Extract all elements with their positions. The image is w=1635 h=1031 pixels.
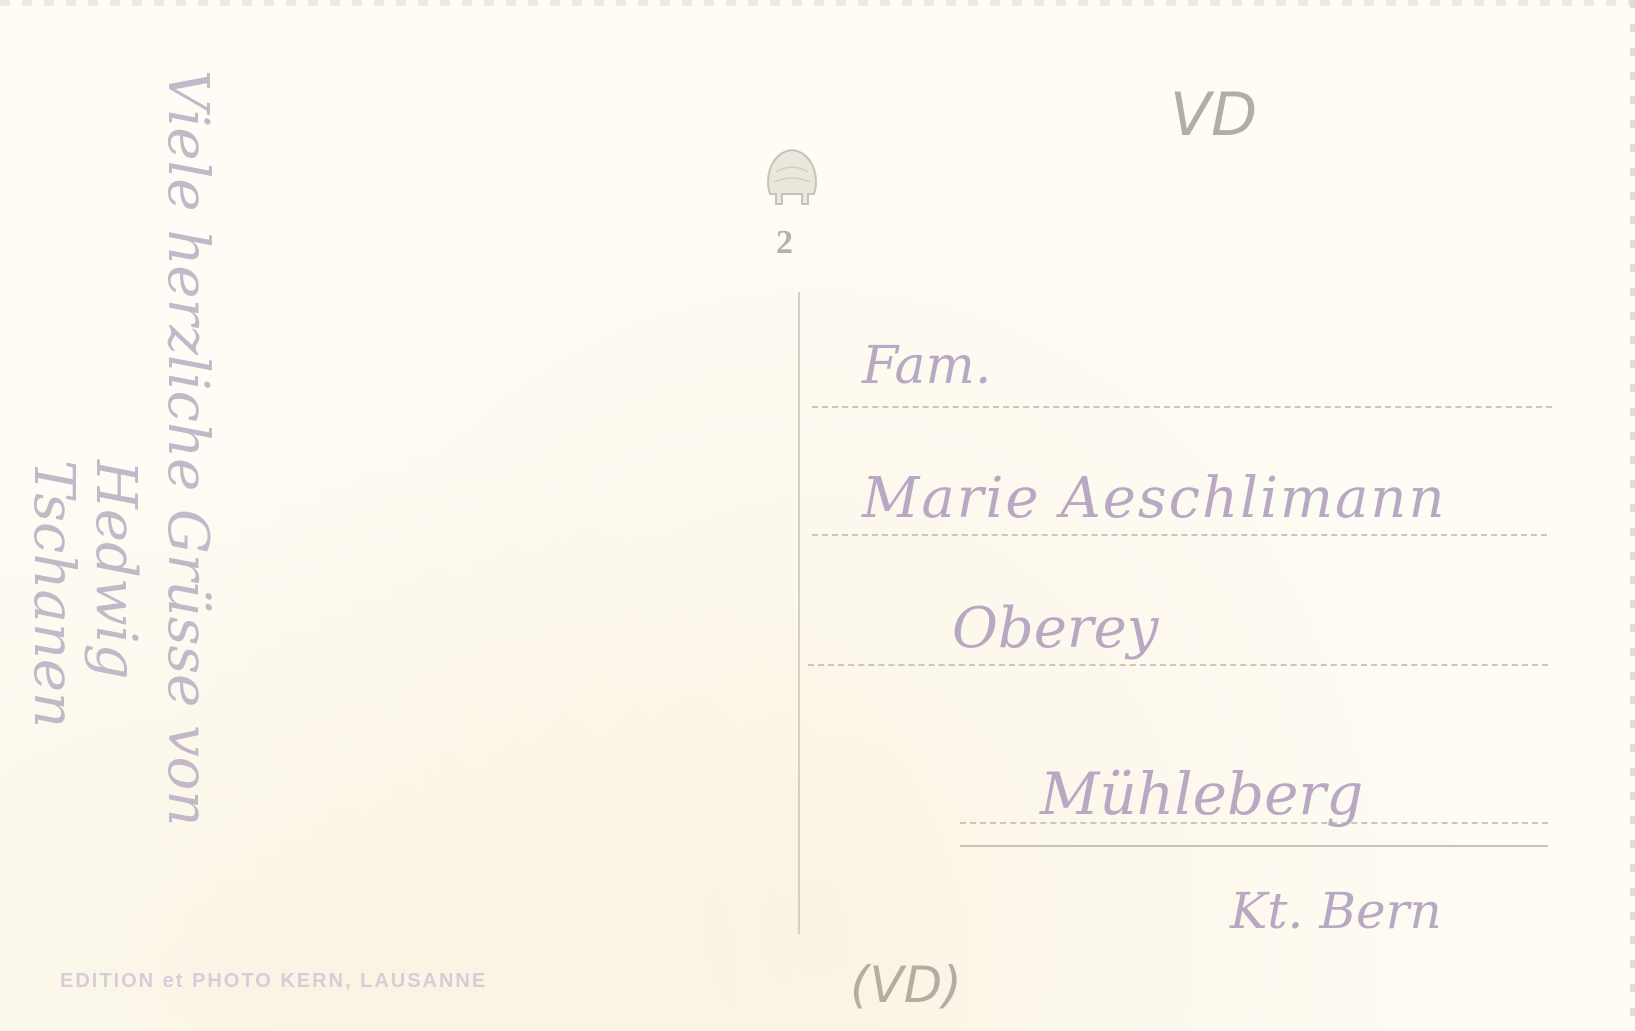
publisher-imprint: EDITION et PHOTO KERN, LAUSANNE (60, 970, 487, 993)
address-rule-2 (812, 534, 1547, 536)
message-line-1: Viele herzliche Grüsse von (155, 70, 220, 826)
perforated-right-edge (1630, 0, 1635, 1031)
address-rule-1 (812, 406, 1552, 408)
address-rule-3 (808, 664, 1548, 666)
pencil-note-top: VD (1170, 80, 1257, 150)
message-line-3: Tschanen (21, 460, 86, 728)
address-rule-5 (960, 845, 1548, 847)
perforated-top-edge (0, 0, 1635, 6)
vertical-divider (798, 292, 800, 934)
address-line-3: Oberey (952, 596, 1158, 661)
pencil-note-bottom: (VD) (850, 956, 962, 1014)
postcard-back: 2 Fam. Marie Aeschlimann Oberey Mühleber… (0, 0, 1635, 1031)
address-line-4: Mühleberg (1040, 760, 1363, 828)
turtle-shell-logo-icon (762, 146, 822, 208)
address-line-1: Fam. (862, 336, 991, 396)
address-line-5: Kt. Bern (1230, 882, 1442, 940)
message-line-2: Hedwig (83, 460, 148, 680)
stamp-number: 2 (776, 224, 793, 262)
address-line-2: Marie Aeschlimann (862, 466, 1447, 531)
